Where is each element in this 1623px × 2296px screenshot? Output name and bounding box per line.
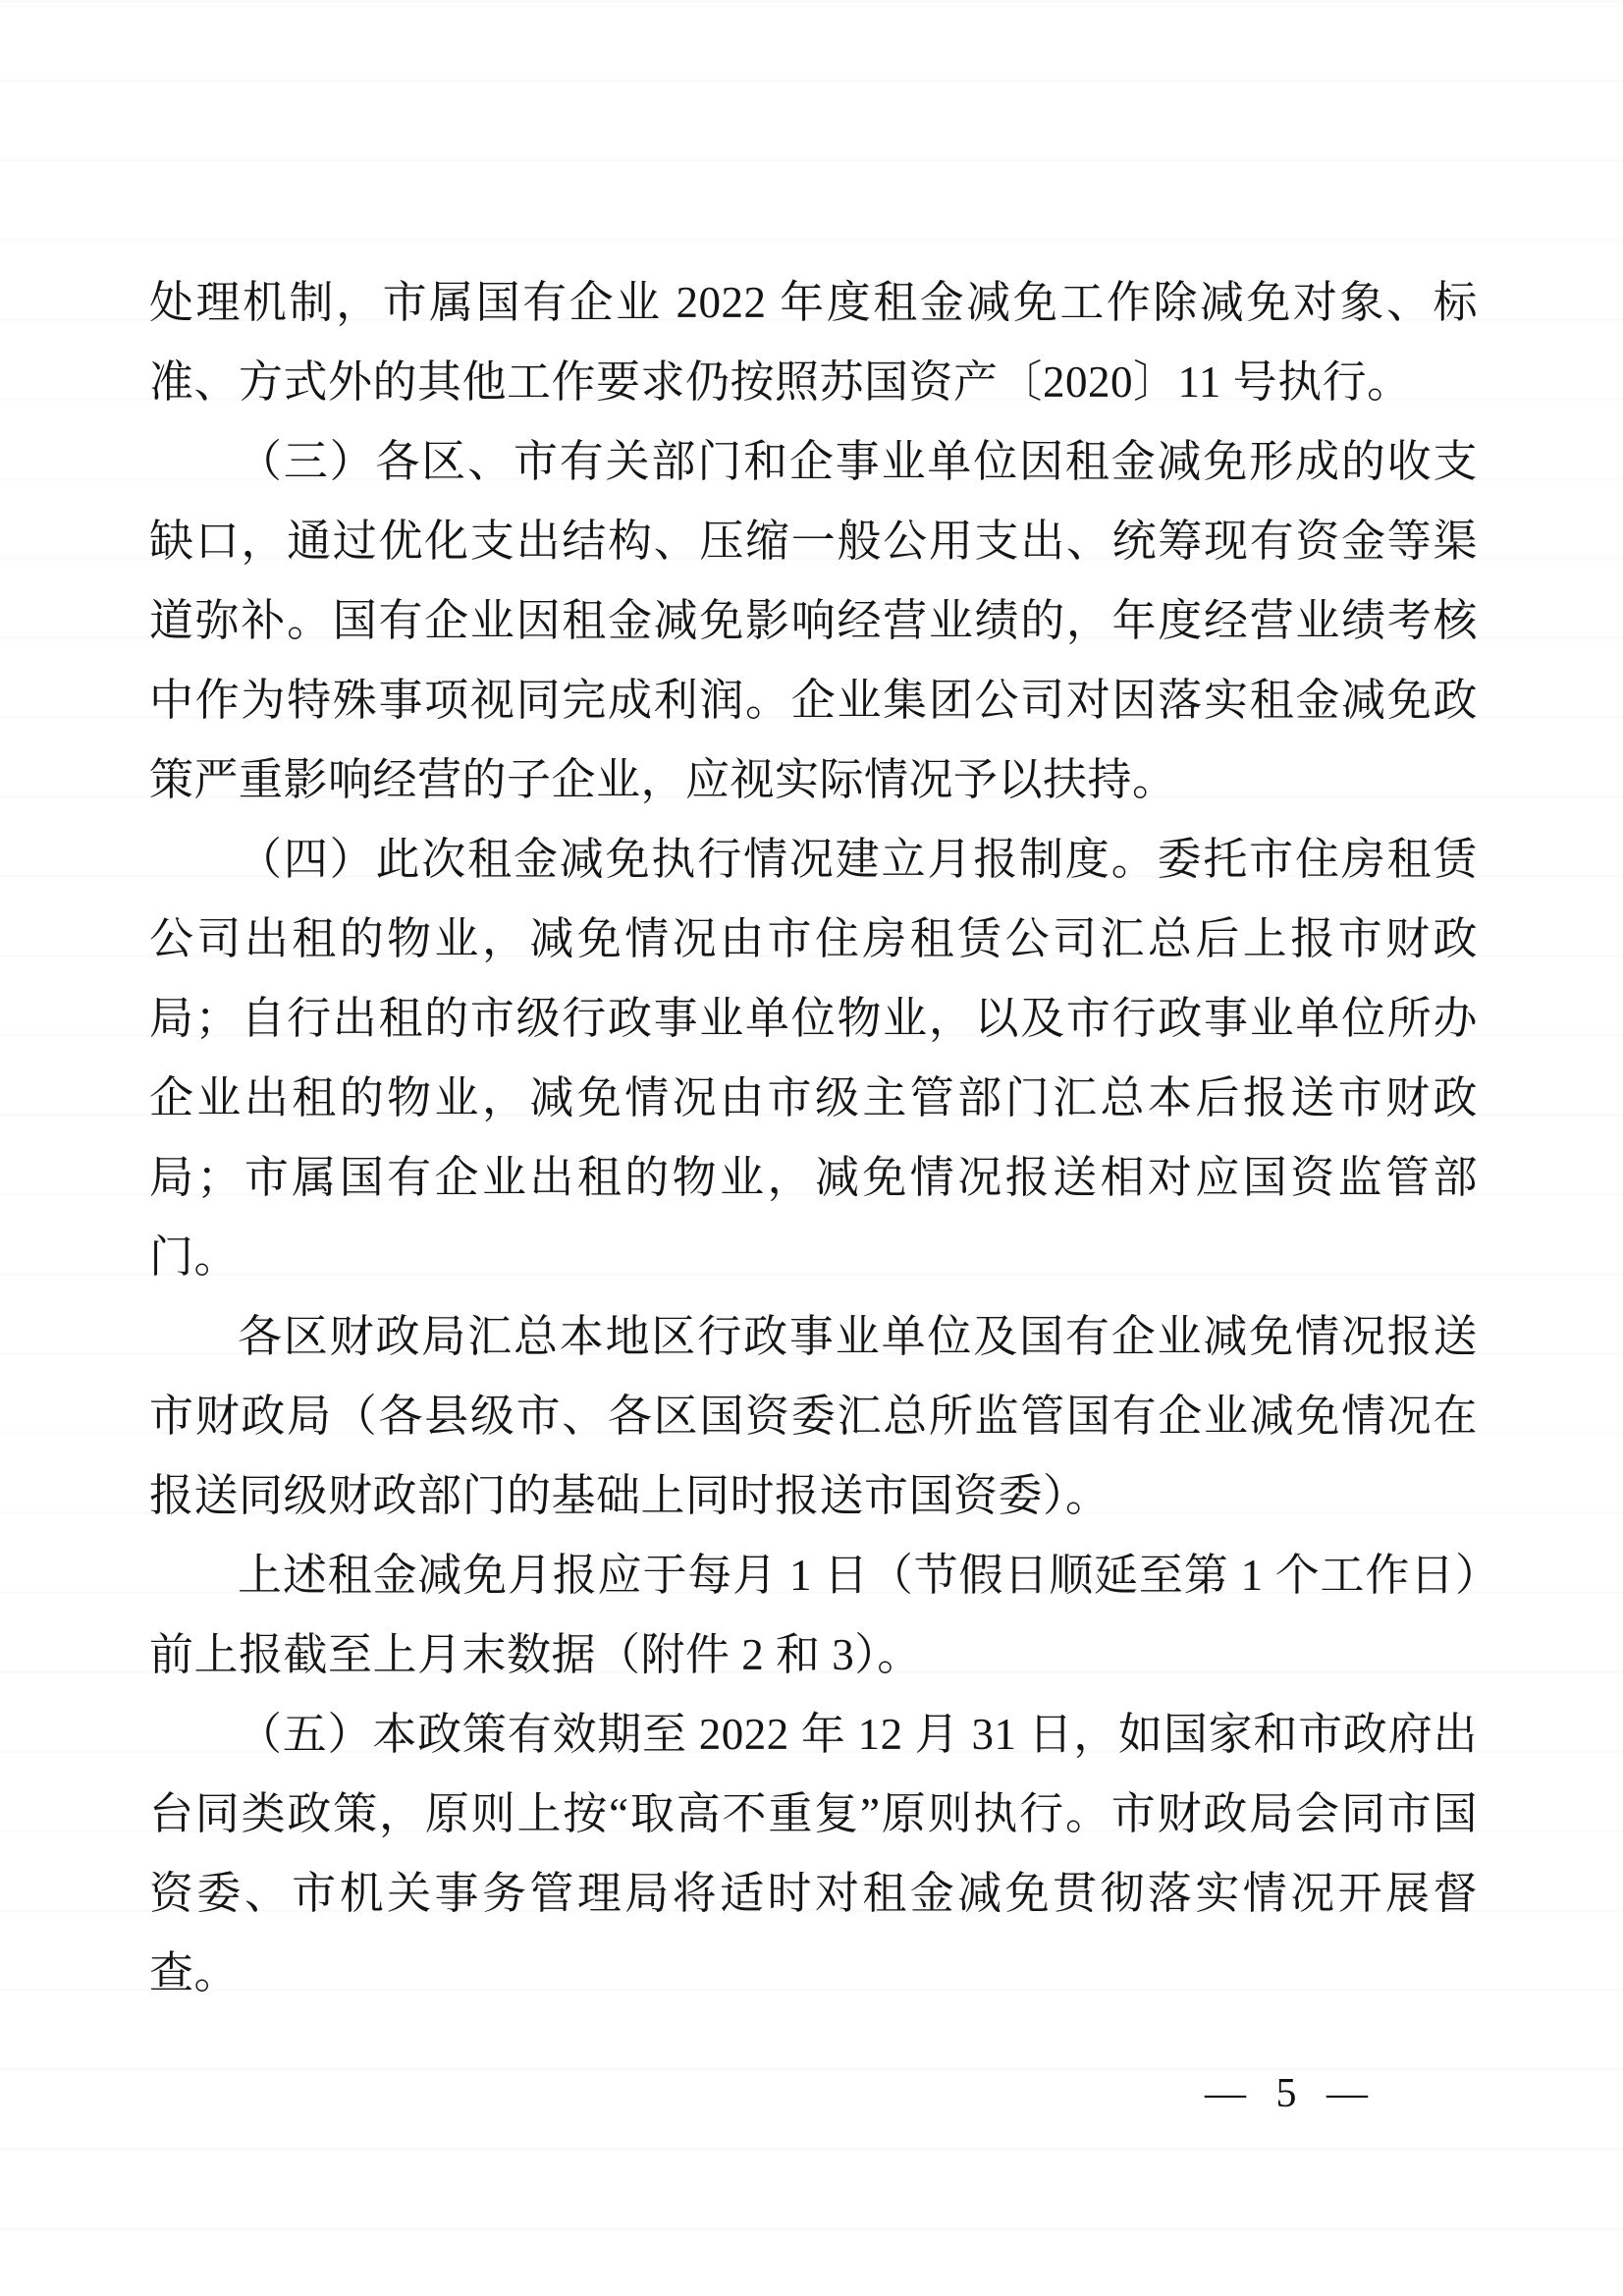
- paragraph-continuation: 处理机制，市属国有企业 2022 年度租金减免工作除减免对象、标准、方式外的其他…: [149, 263, 1478, 422]
- document-page: 处理机制，市属国有企业 2022 年度租金减免工作除减免对象、标准、方式外的其他…: [0, 0, 1623, 2296]
- paragraph-item-five: （五）本政策有效期至 2022 年 12 月 31 日，如国家和市政府出台同类政…: [149, 1695, 1478, 2013]
- document-body: 处理机制，市属国有企业 2022 年度租金减免工作除减免对象、标准、方式外的其他…: [149, 263, 1478, 2013]
- paragraph-item-four: （四）此次租金减免执行情况建立月报制度。委托市住房租赁公司出租的物业，减免情况由…: [149, 820, 1478, 1297]
- paragraph-district-report: 各区财政局汇总本地区行政事业单位及国有企业减免情况报送市财政局（各县级市、各区国…: [149, 1297, 1478, 1536]
- paragraph-monthly-report-deadline: 上述租金减免月报应于每月 1 日（节假日顺延至第 1 个工作日）前上报截至上月末…: [149, 1536, 1478, 1695]
- paragraph-item-three: （三）各区、市有关部门和企事业单位因租金减免形成的收支缺口，通过优化支出结构、压…: [149, 422, 1478, 820]
- page-number: — 5 —: [1205, 2070, 1378, 2117]
